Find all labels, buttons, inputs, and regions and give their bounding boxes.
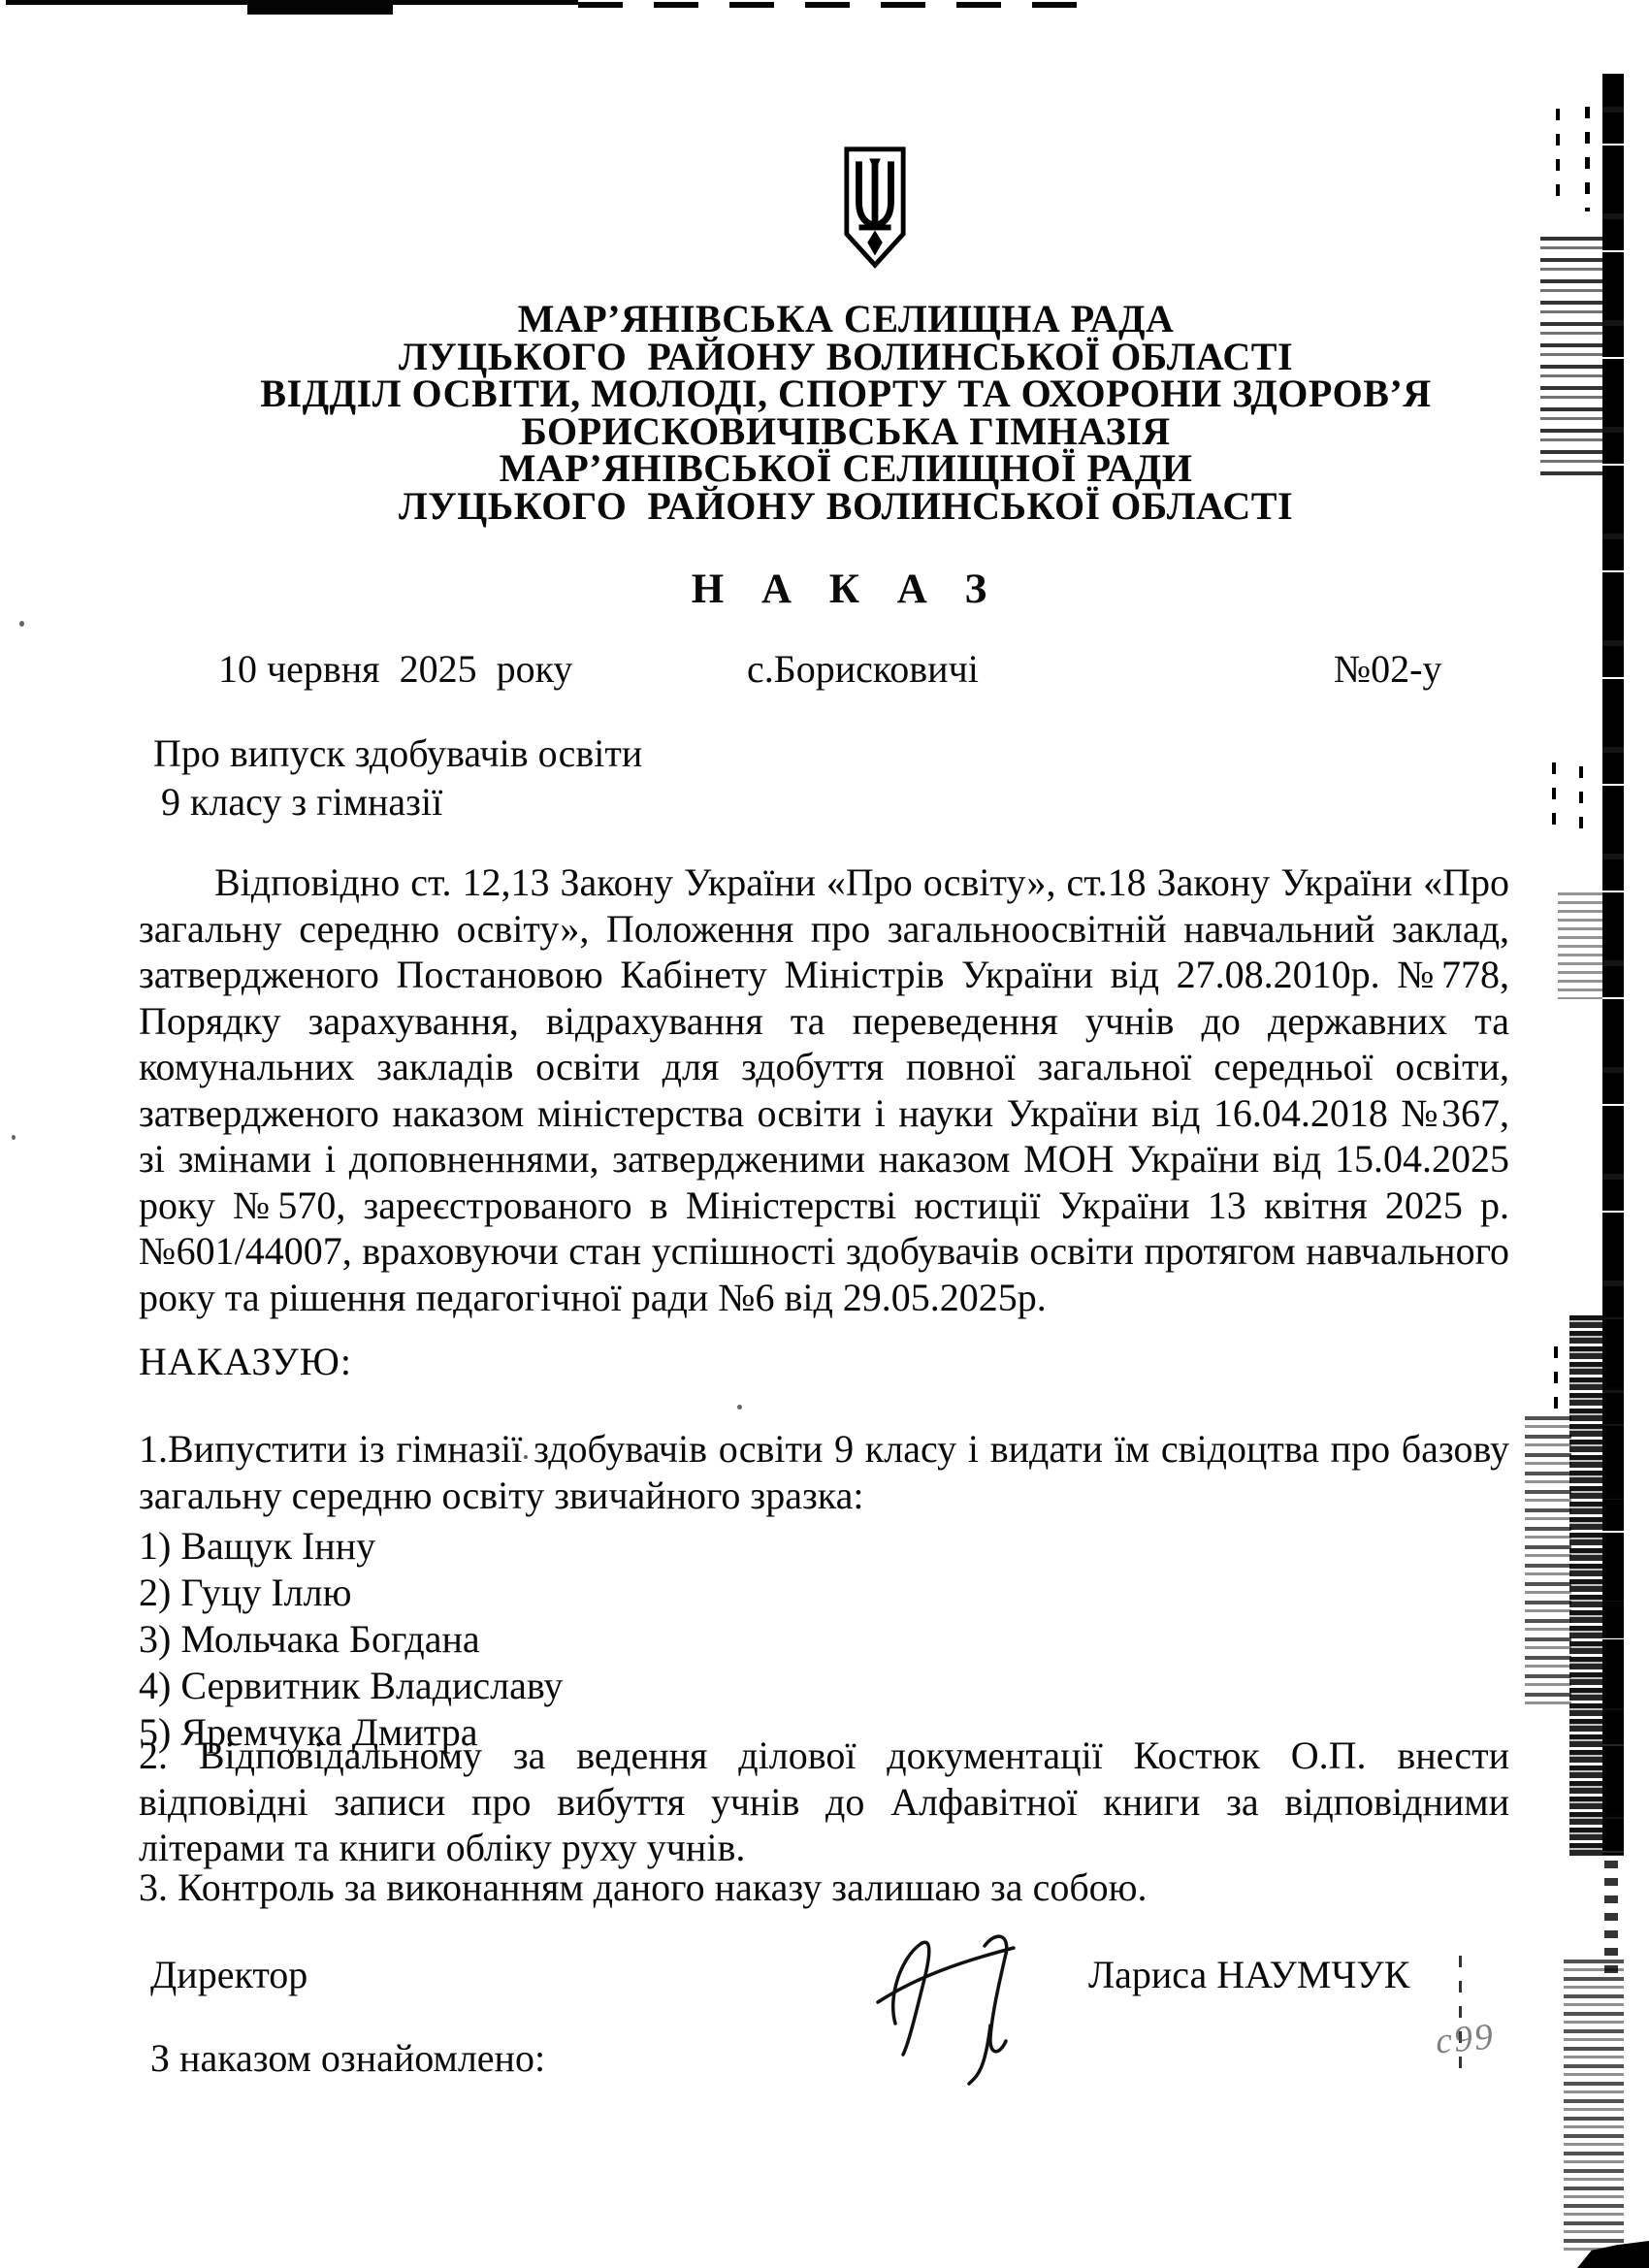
scan-artifact-dashes bbox=[1579, 766, 1583, 834]
order-item-2: 2. Відповідальному за ведення ділової до… bbox=[139, 1733, 1509, 1871]
trident-emblem-icon bbox=[842, 144, 908, 272]
signature-name: Лариса НАУМЧУК bbox=[1088, 1952, 1409, 1997]
scan-artifact-top-line bbox=[6, 0, 578, 5]
resolution-word: НАКАЗУЮ: bbox=[139, 1339, 352, 1384]
student-row: 2) Гуцу Іллю bbox=[139, 1570, 563, 1616]
org-line: ВІДДІЛ ОСВІТИ, МОЛОДІ, СПОРТУ ТА ОХОРОНИ… bbox=[43, 375, 1649, 413]
student-row: 3) Мольчака Богдана bbox=[139, 1616, 563, 1663]
organization-header: МАР’ЯНІВСЬКА СЕЛИЩНА РАДА ЛУЦЬКОГО РАЙОН… bbox=[43, 301, 1649, 525]
scan-artifact-top-dashes bbox=[578, 2, 1102, 8]
scan-artifact-dashes bbox=[1585, 107, 1590, 211]
scan-artifact-streaks-low bbox=[1525, 1416, 1571, 1707]
scan-artifact-dashes bbox=[1556, 109, 1560, 206]
scanned-order-document: МАР’ЯНІВСЬКА СЕЛИЩНА РАДА ЛУЦЬКОГО РАЙОН… bbox=[0, 0, 1649, 2268]
order-number: №02-у bbox=[1334, 646, 1441, 692]
preamble-paragraph: Відповідно ст. 12,13 Закону України «Про… bbox=[139, 859, 1509, 1320]
scan-artifact-right-heavy bbox=[1569, 1315, 1624, 1859]
scan-speck bbox=[737, 1405, 742, 1409]
order-place: с.Борисковичі bbox=[747, 646, 979, 692]
acknowledgement-line: З наказом ознайомлено: bbox=[150, 2035, 545, 2081]
scan-artifact-dashes bbox=[1554, 1346, 1558, 1414]
scan-artifact-streaks-bottom bbox=[1564, 1960, 1624, 2251]
subject-line-1: Про випуск здобувачів освіти bbox=[153, 729, 642, 778]
handwritten-mark: с99 bbox=[1434, 2015, 1496, 2062]
org-line: МАР’ЯНІВСЬКА СЕЛИЩНА РАДА bbox=[43, 301, 1649, 339]
order-date: 10 червня 2025 року bbox=[218, 646, 572, 692]
scan-artifact-right-tail bbox=[1604, 1843, 1618, 1979]
student-row: 1) Ващук Інну bbox=[139, 1523, 563, 1570]
scan-speck bbox=[12, 1135, 16, 1140]
scan-artifact-corner bbox=[1577, 2241, 1649, 2268]
scan-speck bbox=[19, 621, 24, 627]
scan-artifact-top-bar bbox=[247, 0, 393, 15]
order-item-3: 3. Контроль за виконанням даного наказу … bbox=[139, 1864, 1148, 1910]
org-line: МАР’ЯНІВСЬКОЇ СЕЛИЩНОЇ РАДИ bbox=[43, 450, 1649, 488]
order-item-1: 1.Випустити із гімназії здобувачів освіт… bbox=[139, 1426, 1509, 1518]
org-line: ЛУЦЬКОГО РАЙОНУ ВОЛИНСЬКОЇ ОБЛАСТІ bbox=[43, 339, 1649, 376]
subject-line-2: 9 класу з гімназії bbox=[161, 778, 642, 826]
order-subject: Про випуск здобувачів освіти 9 класу з г… bbox=[153, 729, 642, 826]
scan-artifact-streaks-mid bbox=[1558, 892, 1602, 999]
signature-role: Директор bbox=[150, 1952, 307, 1997]
order-title: Н А К А З bbox=[43, 566, 1649, 613]
student-list: 1) Ващук Інну 2) Гуцу Іллю 3) Мольчака Б… bbox=[139, 1523, 563, 1756]
scan-artifact-dashes bbox=[1552, 762, 1556, 838]
org-line: ЛУЦЬКОГО РАЙОНУ ВОЛИНСЬКОЇ ОБЛАСТІ bbox=[43, 488, 1649, 526]
student-row: 4) Сервитник Владиславу bbox=[139, 1663, 563, 1709]
signature bbox=[866, 1928, 1060, 2089]
org-line: БОРИСКОВИЧІВСЬКА ГІМНАЗІЯ bbox=[43, 413, 1649, 451]
